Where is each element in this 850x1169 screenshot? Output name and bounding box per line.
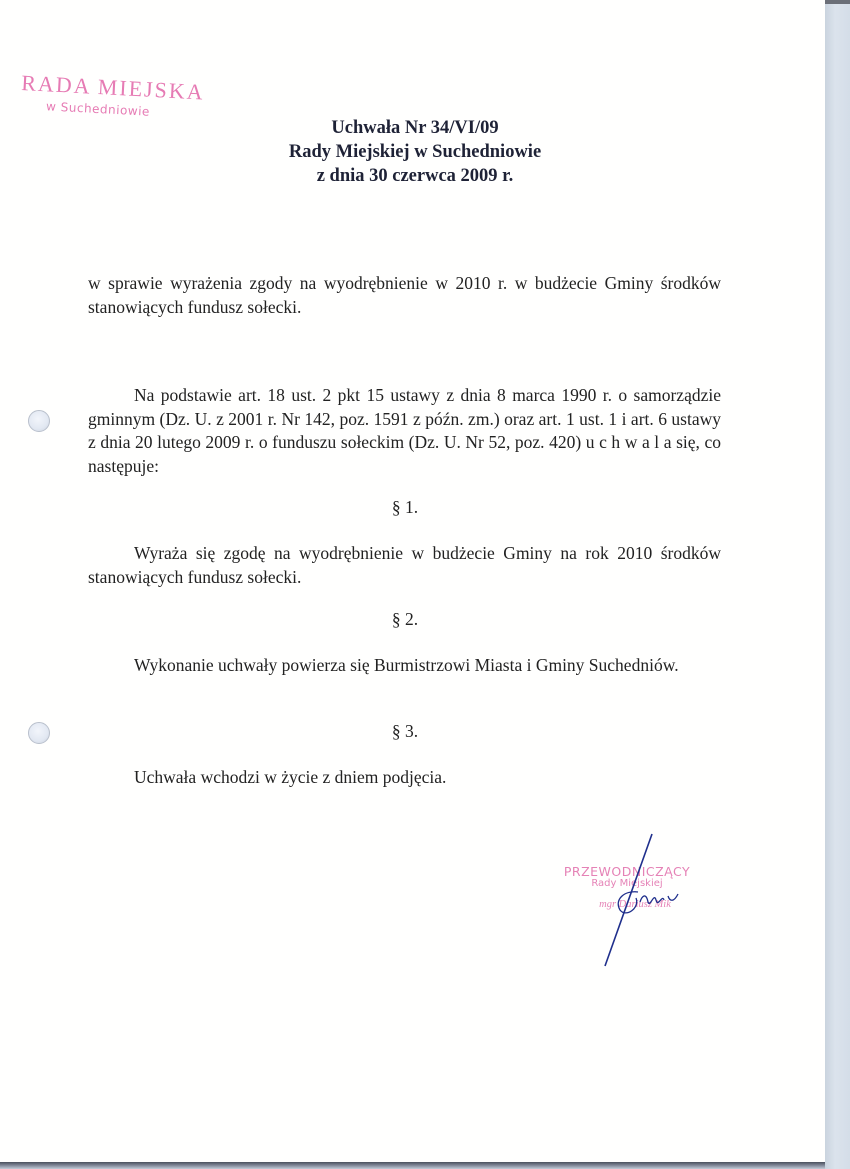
resolution-date: z dnia 30 czerwca 2009 r. xyxy=(230,164,600,188)
punch-hole-icon xyxy=(28,410,50,432)
section-2-mark: § 2. xyxy=(0,609,810,630)
resolution-number: Uchwała Nr 34/VI/09 xyxy=(230,116,600,140)
scanner-edge-bottom xyxy=(0,1162,825,1169)
scanner-edge-right xyxy=(825,0,850,1169)
document-page: RADA MIEJSKA w Suchedniowie Uchwała Nr 3… xyxy=(0,0,825,1162)
resolution-issuer: Rady Miejskiej w Suchedniowie xyxy=(230,140,600,164)
section-3-text: Uchwała wchodzi w życie z dniem podjęcia… xyxy=(88,766,721,790)
resolution-preamble: Na podstawie art. 18 ust. 2 pkt 15 ustaw… xyxy=(88,384,721,478)
section-2-text: Wykonanie uchwały powierza się Burmistrz… xyxy=(88,654,721,678)
handwritten-signature-icon xyxy=(560,830,710,970)
resolution-subject: w sprawie wyrażenia zgody na wyodrębnien… xyxy=(88,272,721,319)
section-1-text: Wyraża się zgodę na wyodrębnienie w budż… xyxy=(88,542,721,589)
section-3-mark: § 3. xyxy=(0,721,810,742)
resolution-heading: Uchwała Nr 34/VI/09 Rady Miejskiej w Suc… xyxy=(230,116,600,188)
punch-hole-icon xyxy=(28,722,50,744)
council-stamp: RADA MIEJSKA w Suchedniowie xyxy=(20,70,205,122)
section-1-mark: § 1. xyxy=(0,497,810,518)
